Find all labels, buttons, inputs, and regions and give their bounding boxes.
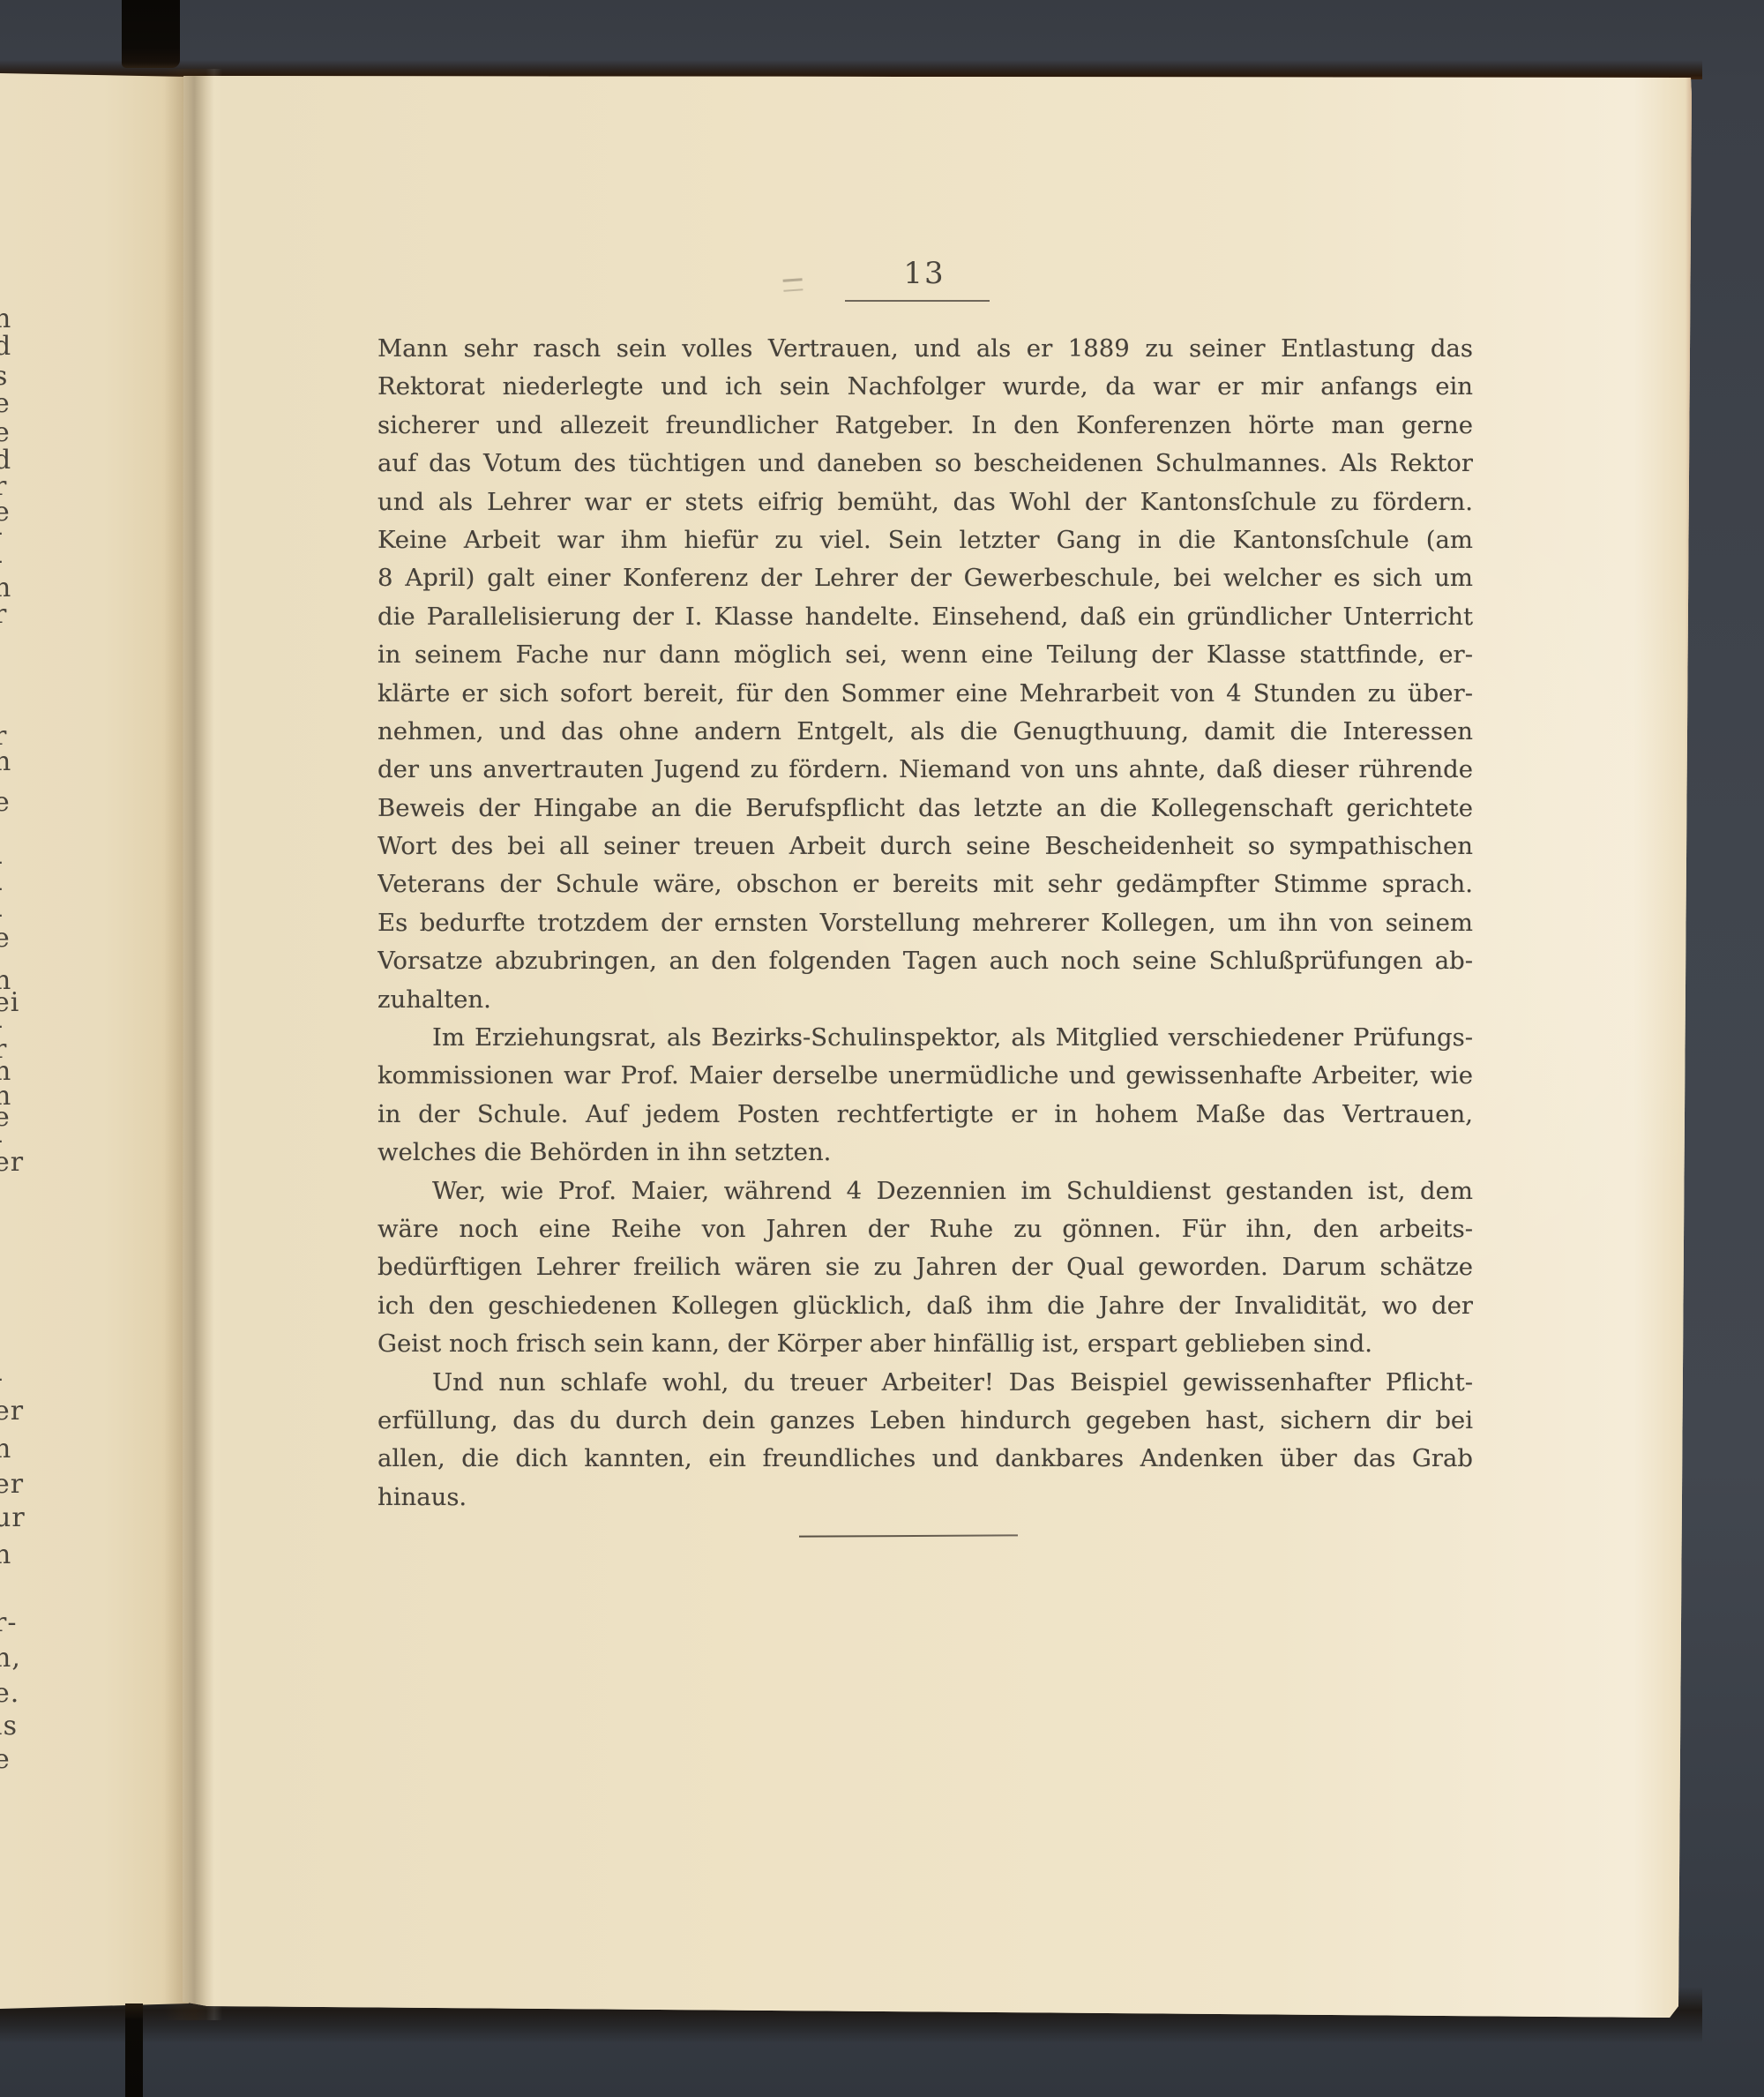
page-number-rule bbox=[845, 300, 990, 302]
text-line: Mann sehr rasch sein volles Vertrauen, u… bbox=[377, 330, 1473, 368]
text-line: die Parallelisierung der I. Klasse hande… bbox=[377, 598, 1473, 636]
edge-text-fragment: e bbox=[0, 925, 17, 952]
binding-tab-top bbox=[122, 0, 180, 68]
text-line: Es bedurfte trotzdem der ernsten Vorstel… bbox=[377, 904, 1473, 942]
text-line: Wer, wie Prof. Maier, während 4 Dezennie… bbox=[377, 1172, 1473, 1210]
text-line: welches die Behörden in ihn setzten. bbox=[377, 1134, 1473, 1172]
edge-text-fragment: e bbox=[0, 1747, 17, 1773]
edge-text-fragment: s bbox=[0, 363, 17, 390]
edge-text-fragment: d bbox=[0, 447, 17, 474]
text-line: Vorsatze abzubringen, an den folgenden T… bbox=[377, 942, 1473, 980]
page-number: 13 bbox=[898, 256, 951, 291]
text-line: Veterans der Schule wäre, obschon er ber… bbox=[377, 865, 1473, 903]
text-line: Rektorat niederlegte und ich sein Nachfo… bbox=[377, 368, 1473, 406]
text-line: wäre noch eine Reihe von Jahren der Ruhe… bbox=[377, 1210, 1473, 1248]
text-line: Im Erziehungsrat, als Bezirks-Schulinspe… bbox=[377, 1019, 1473, 1057]
edge-text-fragment: - bbox=[0, 875, 17, 902]
text-line: allen, die dich kannten, ein freundliche… bbox=[377, 1440, 1473, 1478]
text-line: der uns anvertrauten Jugend zu fördern. … bbox=[377, 751, 1473, 789]
edge-text-fragment: - bbox=[0, 520, 17, 546]
edge-text-fragment: ur bbox=[0, 1505, 17, 1532]
text-line: erfüllung, das du durch dein ganzes Lebe… bbox=[377, 1402, 1473, 1440]
edge-text-fragment: n bbox=[0, 306, 17, 333]
edge-text-fragment: n bbox=[0, 749, 17, 775]
text-line: sicherer und allezeit freundlicher Ratge… bbox=[377, 407, 1473, 445]
edge-text-fragment: n, bbox=[0, 1645, 17, 1672]
text-line: nehmen, und das ohne andern Entgelt, als… bbox=[377, 713, 1473, 751]
edge-text-fragment: n bbox=[0, 575, 17, 602]
edge-text-fragment: er bbox=[0, 1472, 17, 1498]
edge-text-fragment: ls bbox=[0, 1713, 17, 1740]
text-block: Mann sehr rasch sein volles Vertrauen, u… bbox=[377, 330, 1473, 1517]
text-line: Wort des bei all seiner treuen Arbeit du… bbox=[377, 828, 1473, 865]
text-line: zuhalten. bbox=[377, 981, 1473, 1019]
text-line: klärte er sich sofort bereit, für den So… bbox=[377, 675, 1473, 713]
edge-text-fragment: er bbox=[0, 1398, 17, 1425]
binding-tab-bottom bbox=[125, 2003, 143, 2097]
text-line: 8 April) galt einer Konferenz der Lehrer… bbox=[377, 559, 1473, 597]
text-line: in seinem Fache nur dann möglich sei, we… bbox=[377, 636, 1473, 674]
book-scan: ndseedre--nrrne,---enei-rnne-er-erherurn… bbox=[0, 0, 1764, 2097]
ink-smudge bbox=[783, 278, 804, 292]
edge-text-fragment: e bbox=[0, 420, 17, 446]
edge-text-fragment: n bbox=[0, 1542, 17, 1569]
edge-text-fragment: r bbox=[0, 602, 17, 628]
text-line: ich den geschiedenen Kollegen glücklich,… bbox=[377, 1287, 1473, 1325]
text-line: hinaus. bbox=[377, 1479, 1473, 1517]
edge-text-fragment: er bbox=[0, 1150, 17, 1176]
edge-text-fragment: e bbox=[0, 391, 17, 417]
edge-text-fragment: h bbox=[0, 1436, 17, 1463]
edge-text-fragment: , bbox=[0, 814, 17, 841]
edge-text-fragment: r- bbox=[0, 1610, 17, 1636]
text-line: Geist noch frisch sein kann, der Körper … bbox=[377, 1325, 1473, 1363]
text-line: Beweis der Hingabe an die Berufspflicht … bbox=[377, 790, 1473, 828]
text-line: in der Schule. Auf jedem Posten rechtfer… bbox=[377, 1096, 1473, 1134]
text-line: auf das Votum des tüchtigen und daneben … bbox=[377, 445, 1473, 483]
edge-text-fragment: - bbox=[0, 1366, 17, 1392]
edge-text-fragment: d bbox=[0, 333, 17, 360]
edge-text-fragment: - bbox=[0, 548, 17, 574]
facing-page-edge: ndseedre--nrrne,---enei-rnne-er-erherurn… bbox=[0, 69, 189, 2011]
text-line: und als Lehrer war er stets eifrig bemüh… bbox=[377, 483, 1473, 521]
text-line: bedürftigen Lehrer freilich wären sie zu… bbox=[377, 1248, 1473, 1286]
edge-text-fragment: e. bbox=[0, 1681, 17, 1707]
edge-text-fragment: - bbox=[0, 849, 17, 875]
text-line: kommissionen war Prof. Maier derselbe un… bbox=[377, 1057, 1473, 1095]
text-line: Keine Arbeit war ihm hiefür zu viel. Sei… bbox=[377, 521, 1473, 559]
text-line: Und nun schlafe wohl, du treuer Arbeiter… bbox=[377, 1364, 1473, 1402]
